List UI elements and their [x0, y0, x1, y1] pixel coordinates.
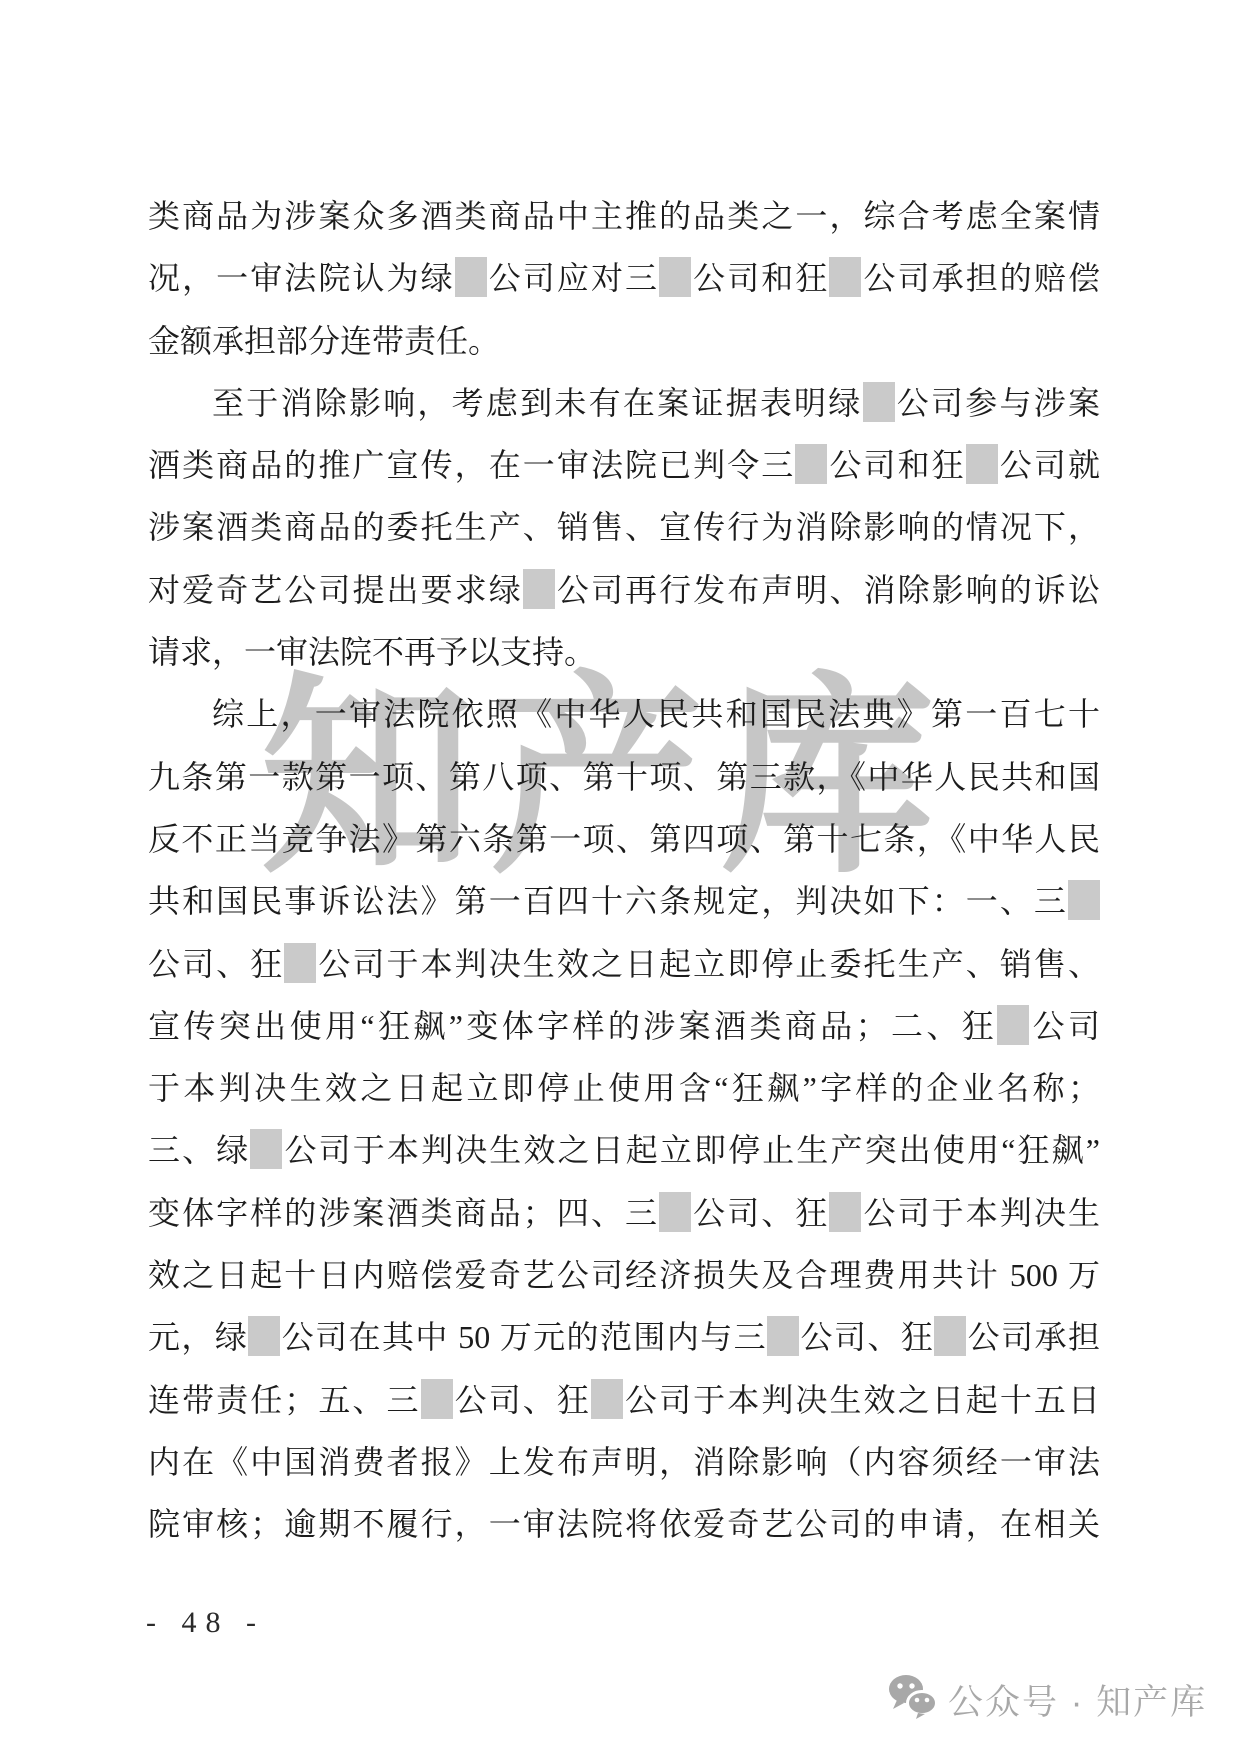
footer-label: 公众号 · 知产库 — [948, 1675, 1207, 1725]
redaction-box — [591, 1379, 623, 1419]
redaction-box — [795, 444, 827, 484]
text-line: 宣传突出使用“狂飙”变体字样的涉案酒类商品；二、狂公司 — [148, 995, 1100, 1057]
redaction-box — [455, 257, 487, 297]
redaction-box — [934, 1316, 966, 1356]
redaction-box — [997, 1005, 1029, 1045]
redaction-box — [659, 1192, 691, 1232]
text-line: 至于消除影响，考虑到未有在案证据表明绿公司参与涉案 — [148, 372, 1100, 434]
text-line: 元，绿公司在其中 50 万元的范围内与三公司、狂公司承担 — [148, 1306, 1100, 1368]
text-line: 类商品为涉案众多酒类商品中主推的品类之一，综合考虑全案情 — [148, 185, 1100, 247]
redaction-box — [829, 1192, 861, 1232]
text-line: 九条第一款第一项、第八项、第十项、第三款，《中华人民共和国 — [148, 746, 1100, 808]
text-line: 效之日起十日内赔偿爱奇艺公司经济损失及合理费用共计 500 万 — [148, 1244, 1100, 1306]
redaction-box — [966, 444, 998, 484]
redaction-box — [248, 1316, 280, 1356]
redaction-box — [523, 569, 555, 609]
text-line: 金额承担部分连带责任。 — [148, 310, 1100, 372]
text-line: 涉案酒类商品的委托生产、销售、宣传行为消除影响的情况下， — [148, 496, 1100, 558]
text-line: 院审核；逾期不履行，一审法院将依爱奇艺公司的申请，在相关 — [148, 1493, 1100, 1555]
text-line: 于本判决生效之日起立即停止使用含“狂飙”字样的企业名称； — [148, 1057, 1100, 1119]
text-line: 三、绿公司于本判决生效之日起立即停止生产突出使用“狂飙” — [148, 1119, 1100, 1181]
redaction-box — [1068, 880, 1100, 920]
text-line: 变体字样的涉案酒类商品；四、三公司、狂公司于本判决生 — [148, 1182, 1100, 1244]
text-line: 公司、狂公司于本判决生效之日起立即停止委托生产、销售、 — [148, 933, 1100, 995]
text-line: 连带责任；五、三公司、狂公司于本判决生效之日起十五日 — [148, 1369, 1100, 1431]
redaction-box — [250, 1129, 282, 1169]
redaction-box — [659, 257, 691, 297]
page-number: - 48 - — [146, 1606, 265, 1640]
redaction-box — [829, 257, 861, 297]
text-line: 请求，一审法院不再予以支持。 — [148, 621, 1100, 683]
wechat-icon — [888, 1674, 938, 1725]
document-page: 知产库 类商品为涉案众多酒类商品中主推的品类之一，综合考虑全案情况，一审法院认为… — [0, 0, 1240, 1753]
text-line: 综上，一审法院依照《中华人民共和国民法典》第一百七十 — [148, 683, 1100, 745]
redaction-box — [767, 1316, 799, 1356]
text-line: 对爱奇艺公司提出要求绿公司再行发布声明、消除影响的诉讼 — [148, 559, 1100, 621]
text-line: 况，一审法院认为绿公司应对三公司和狂公司承担的赔偿 — [148, 247, 1100, 309]
redaction-box — [863, 382, 895, 422]
document-body: 类商品为涉案众多酒类商品中主推的品类之一，综合考虑全案情况，一审法院认为绿公司应… — [148, 185, 1100, 1556]
text-line: 内在《中国消费者报》上发布声明，消除影响（内容须经一审法 — [148, 1431, 1100, 1493]
redaction-box — [421, 1379, 453, 1419]
text-line: 反不正当竞争法》第六条第一项、第四项、第十七条，《中华人民 — [148, 808, 1100, 870]
footer: 公众号 · 知产库 — [888, 1674, 1207, 1725]
text-line: 酒类商品的推广宣传，在一审法院已判令三公司和狂公司就 — [148, 434, 1100, 496]
redaction-box — [284, 943, 316, 983]
text-line: 共和国民事诉讼法》第一百四十六条规定，判决如下：一、三 — [148, 870, 1100, 932]
